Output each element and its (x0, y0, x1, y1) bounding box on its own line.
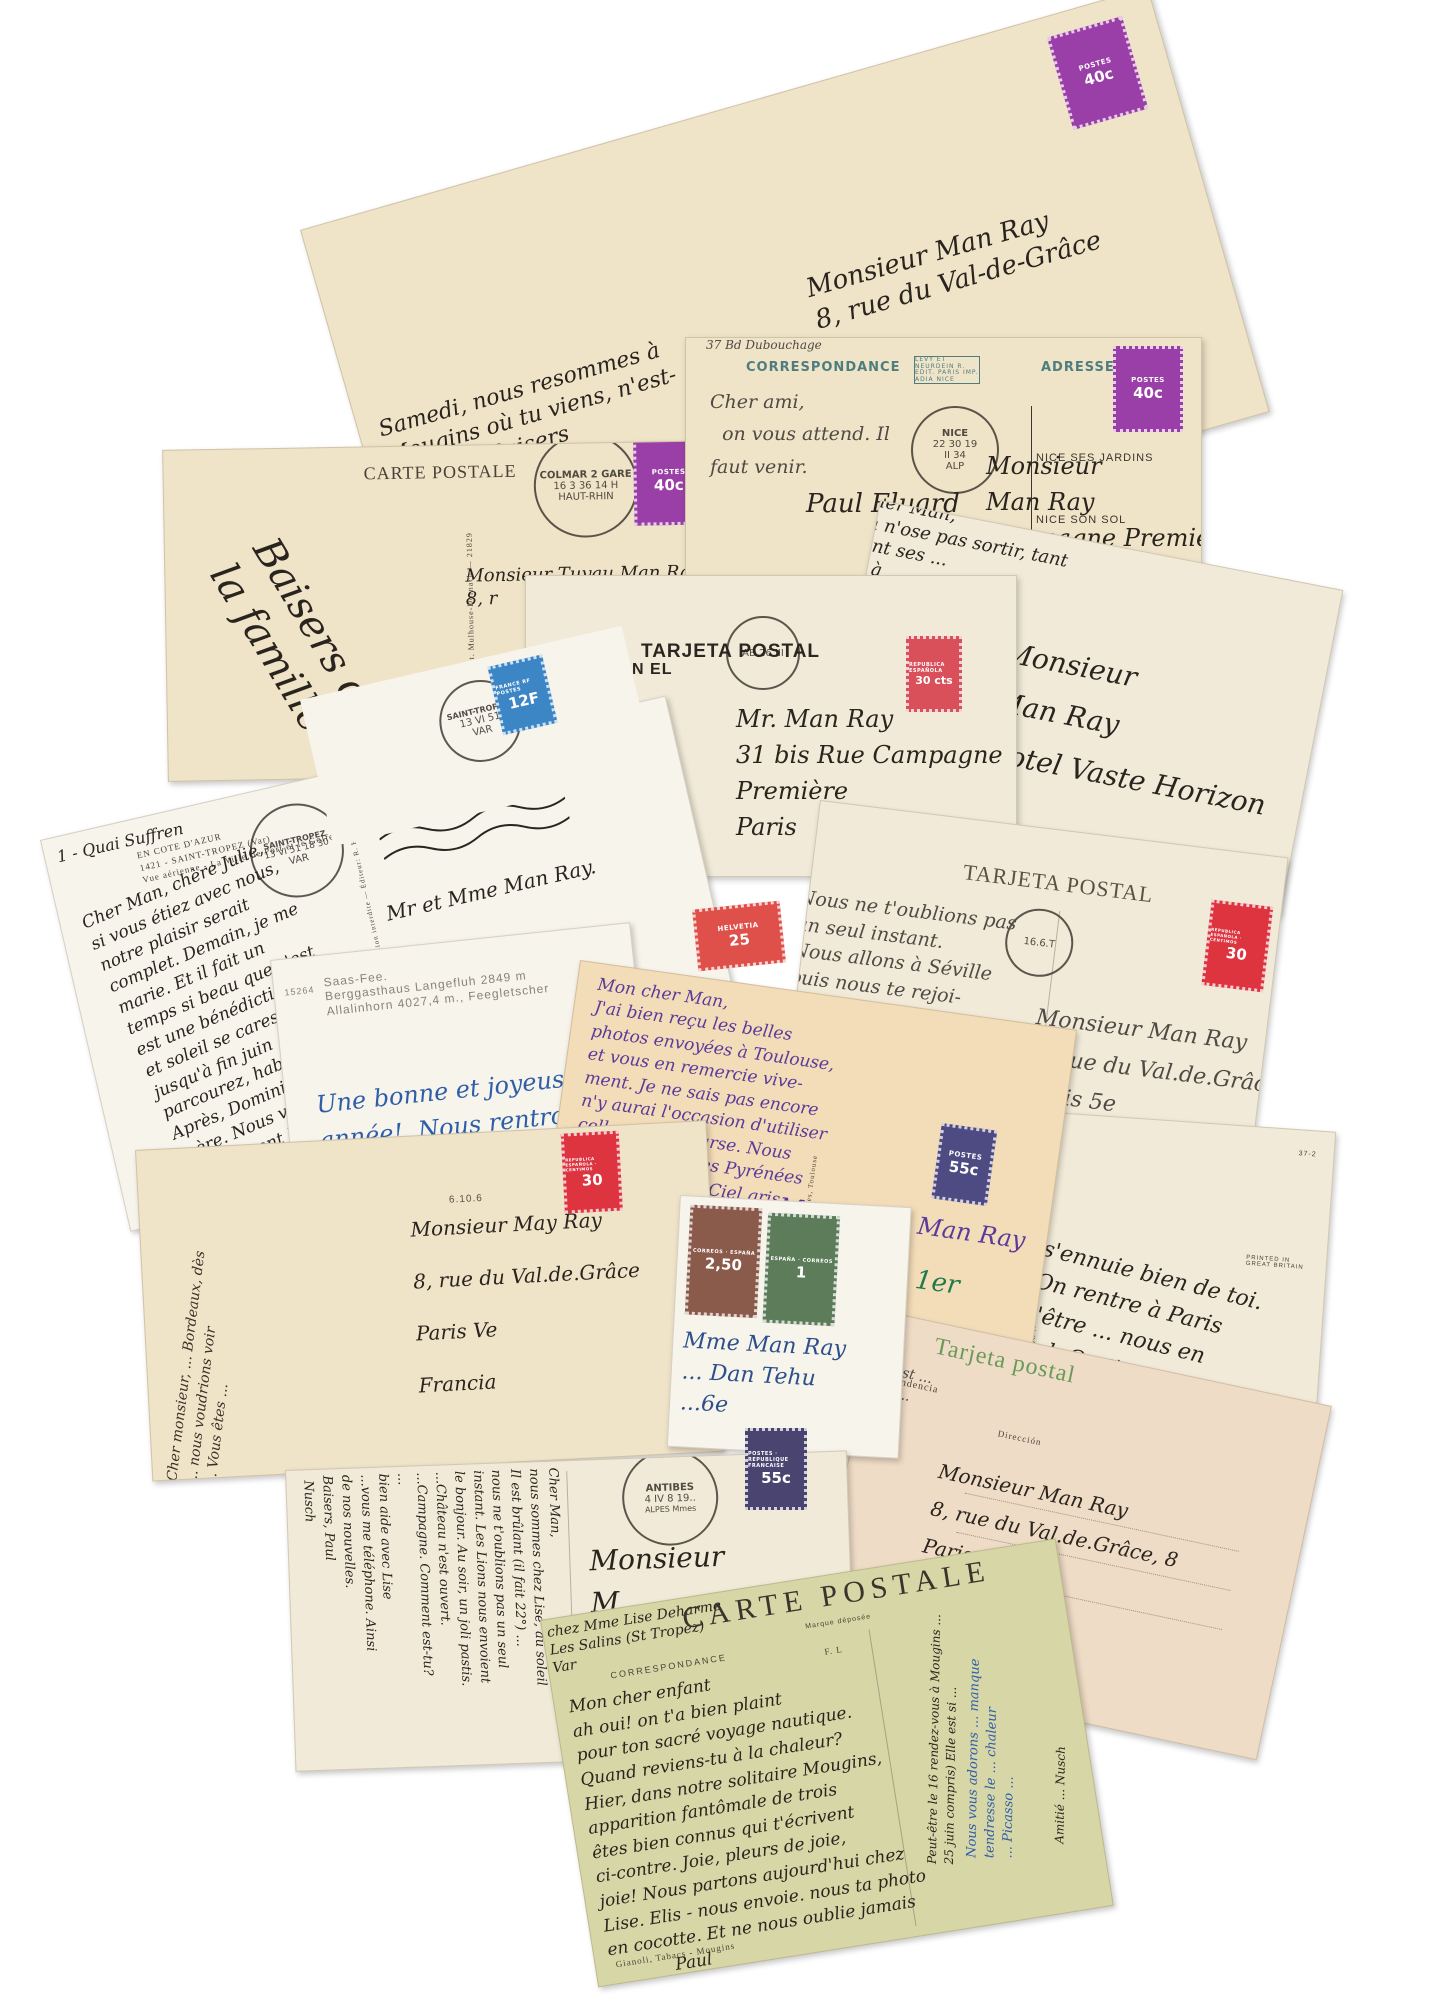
code: 37-2 (1298, 1150, 1316, 1158)
imprint-corner: PRINTED IN GREAT BRITAIN (1246, 1255, 1307, 1271)
stamp-spain-30: REPUBLICA ESPAÑOLA · CENTIMOS 30 (561, 1131, 623, 1214)
stamp-spain-1pta: ESPAÑA · CORREOS 1 (762, 1213, 840, 1327)
card-title: CARTE POSTALE (363, 461, 516, 485)
printed-caption: Saas-Fee. Berggasthaus Langefluh 2849 m … (323, 952, 550, 1018)
message-text: Cher Man, nous sommes chez Lise, au sole… (297, 1467, 568, 1694)
stamp-helvetia-25: HELVETIA 25 (692, 901, 786, 972)
side-note-right: Amitié ... Nusch (1052, 1746, 1069, 1844)
postmark-date: 6.10.6 (449, 1193, 483, 1206)
side-note-black: Peut-être le 16 rendez-vous à Mougins ..… (924, 1614, 962, 1865)
header-correspondance: CORRESPONDANCE (746, 360, 900, 375)
side-note-blue: Nous vous adorons ... manque tendresse l… (963, 1659, 1021, 1859)
stamp-france-40c: POSTES 40c (1113, 346, 1183, 432)
postcard-collection: Samedi, nous resommes à Mougins où tu vi… (0, 0, 1448, 2000)
message-text: Cher ami, on vous attend. Il faut venir. (710, 386, 890, 483)
header-adresse: ADRESSE (1041, 360, 1115, 375)
postcard-may-ray: Cher monsieur, ... Bordeaux, dès ... nou… (135, 1120, 724, 1481)
message-text: Cher monsieur, ... Bordeaux, dès ... nou… (163, 1250, 269, 1482)
address-text: Monsieur Man Ray 8, rue du Val-de-Grâce (803, 193, 1105, 337)
card-title: TARJETA POSTAL (962, 859, 1155, 908)
address-text: Mme Man Ray ... Dan Tehu ...6e (679, 1326, 846, 1427)
return-note: 37 Bd Dubouchage (706, 338, 822, 353)
stamp-spain-2-50: CORREOS · ESPAÑA 2,50 (685, 1205, 763, 1319)
stamp-france-40c: POSTES 40c (1047, 16, 1148, 130)
postcard-mon-cher-enfant: chez Mme Lise Deharme Les Salins (St Tro… (540, 1538, 1114, 1987)
card-number: 15264 (284, 985, 315, 998)
postcard-espana-stamps: CORREOS · ESPAÑA 2,50 ESPAÑA · CORREOS 1… (667, 1195, 912, 1459)
address-text: Monsieur Man Ray Hotel Vaste Horizon (980, 628, 1289, 831)
postmark-colmar: COLMAR 2 GARE 16 3 36 14 H HAUT-RHIN (533, 440, 639, 538)
stamp-spain-30: REPUBLICA ESPAÑOLA · CENTIMOS 30 (1201, 899, 1273, 992)
postmark-antibes: ANTIBES 4 IV 8 19.. ALPES Mmes (621, 1450, 720, 1547)
address-text: Monsieur May Ray 8, rue du Val.de.Grâce … (410, 1205, 646, 1399)
stamp-france-55c: POSTES · REPUBLIQUE FRANCAISE 55c (745, 1428, 807, 1510)
postmark-tarjeta: AB 26 III (726, 616, 800, 690)
imprint-box: LEVY ET NEURDEIN R. EDIT. PARIS IMP. ADI… (914, 356, 980, 384)
direction-label: Dirección (997, 1428, 1043, 1447)
stamp-spain-30cts: REPUBLICA ESPAÑOLA 30 cts (906, 636, 962, 712)
stamp-france-55c: POSTES 55c (931, 1123, 997, 1206)
